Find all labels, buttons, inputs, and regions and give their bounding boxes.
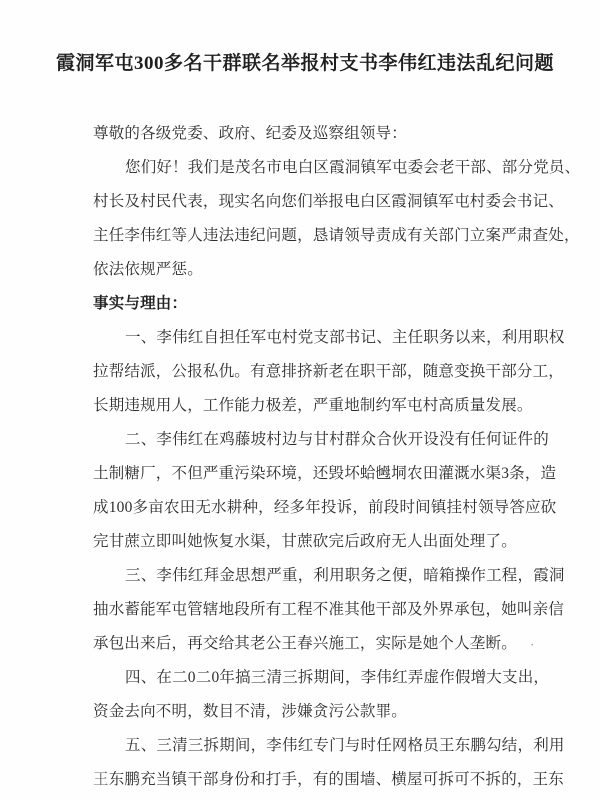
document-title: 霞洞军屯300多名干群联名举报村支书李伟红违法乱纪问题	[40, 48, 570, 75]
document-page: 霞洞军屯300多名干群联名举报村支书李伟红违法乱纪问题 尊敬的各级党委、政府、纪…	[0, 0, 600, 800]
scan-artifact-dot: ·	[530, 638, 534, 651]
document-line: 成100多亩农田无水耕种，经多年投诉，前段时间镇挂村领导答应砍	[93, 491, 555, 525]
document-line: 长期违规用人，工作能力极差，严重地制约军屯村高质量发展。	[93, 389, 555, 423]
document-line: 王东鹏充当镇干部身份和打手，有的围墙、横屋可拆可不拆的，王东	[93, 763, 555, 797]
document-section-heading: 事实与理由：	[93, 287, 555, 321]
document-line-item-4: 四、在二0二0年搞三清三拆期间，李伟红弄虚作假增大支出，	[93, 661, 555, 695]
document-line: 资金去向不明，数目不清，涉嫌贪污公款罪。	[93, 695, 555, 729]
document-line: 您们好！我们是茂名市电白区霞洞镇军屯委会老干部、部分党员、	[93, 151, 555, 185]
document-body: 尊敬的各级党委、政府、纪委及巡察组领导： 您们好！我们是茂名市电白区霞洞镇军屯委…	[93, 117, 555, 797]
document-line: 村长及村民代表，现实名向您们举报电白区霞洞镇军屯村委会书记、	[93, 185, 555, 219]
document-line: 土制糖厂，不但严重污染环境，还毁坏蛤乸垌农田灌溉水渠3条，造	[93, 457, 555, 491]
document-line-item-3: 三、李伟红拜金思想严重，利用职务之便，暗箱操作工程，霞洞	[93, 559, 555, 593]
document-line-item-2: 二、李伟红在鸡藤坡村边与甘村群众合伙开设没有任何证件的	[93, 423, 555, 457]
document-line: 承包出来后，再交给其老公王春兴施工，实际是她个人垄断。	[93, 627, 555, 661]
document-line: 完甘蔗立即叫她恢复水渠，甘蔗砍完后政府无人出面处理了。	[93, 525, 555, 559]
document-line: 抽水蓄能军屯管辖地段所有工程不准其他干部及外界承包，她叫亲信	[93, 593, 555, 627]
document-line: 主任李伟红等人违法违纪问题，恳请领导责成有关部门立案严肃查处，	[93, 219, 555, 253]
document-line: 依法依规严惩。	[93, 253, 555, 287]
document-line-item-5: 五、三清三拆期间，李伟红专门与时任网格员王东鹏勾结，利用	[93, 729, 555, 763]
document-line-salutation: 尊敬的各级党委、政府、纪委及巡察组领导：	[93, 117, 555, 151]
document-line-item-1: 一、李伟红自担任军屯村党支部书记、主任职务以来，利用职权	[93, 321, 555, 355]
document-line: 拉帮结派，公报私仇。有意排挤新老在职干部，随意变换干部分工，	[93, 355, 555, 389]
